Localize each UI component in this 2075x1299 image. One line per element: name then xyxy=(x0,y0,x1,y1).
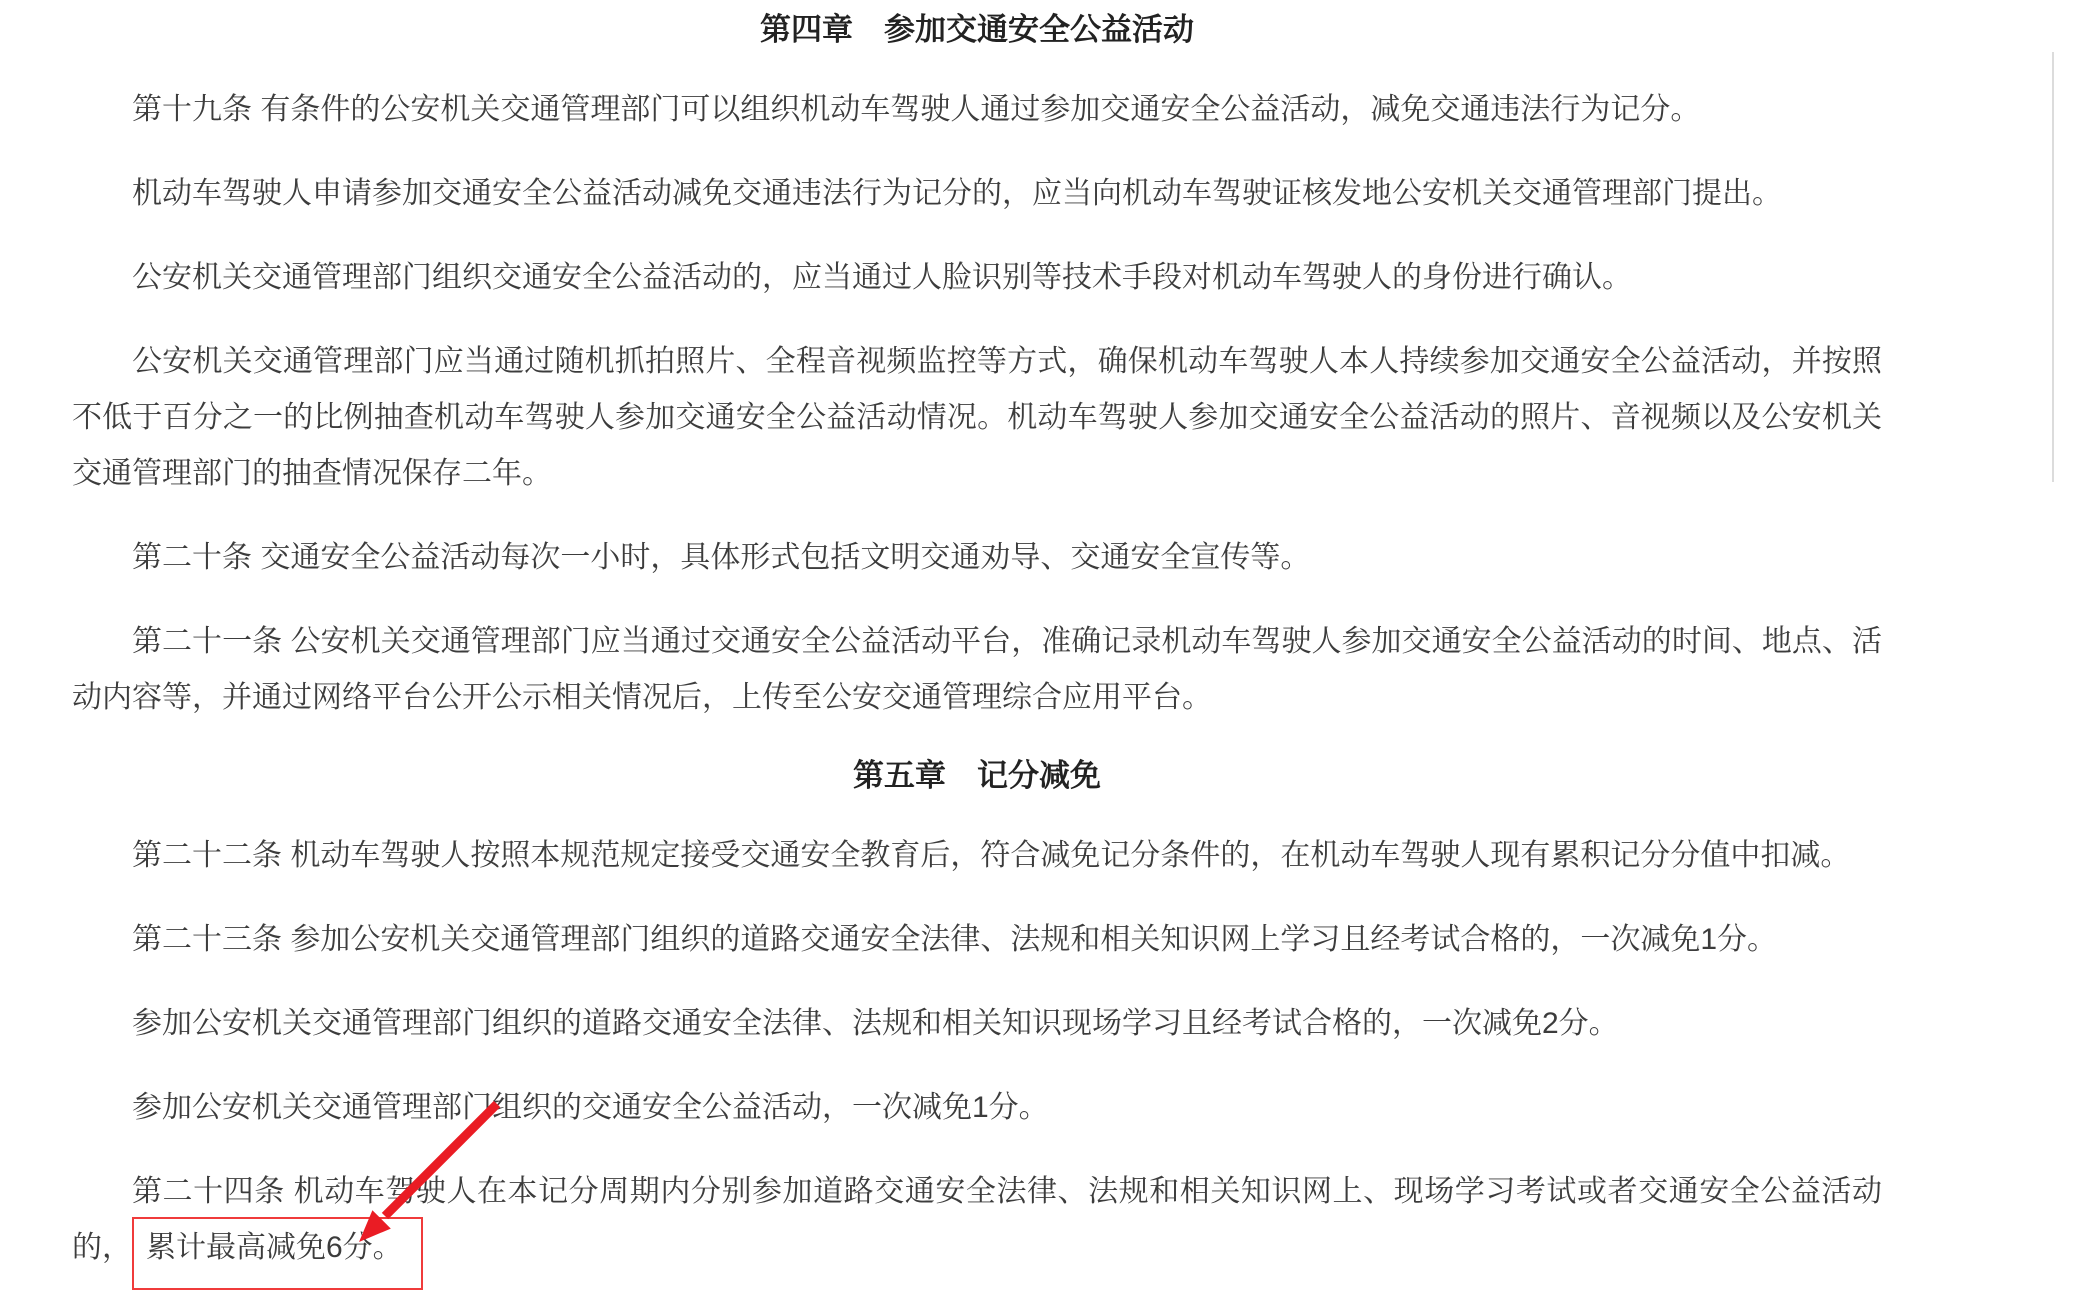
article-23-paragraph-2: 参加公安机关交通管理部门组织的道路交通安全法律、法规和相关知识现场学习且经考试合… xyxy=(72,996,1882,1052)
article-21-paragraph: 第二十一条 公安机关交通管理部门应当通过交通安全公益活动平台，准确记录机动车驾驶… xyxy=(72,614,1882,726)
article-23-paragraph-3: 参加公安机关交通管理部门组织的交通安全公益活动，一次减免1分。 xyxy=(72,1080,1882,1136)
article-19-paragraph-2: 机动车驾驶人申请参加交通安全公益活动减免交通违法行为记分的，应当向机动车驾驶证核… xyxy=(72,166,1882,222)
document-content: 第四章 参加交通安全公益活动 第十九条 有条件的公安机关交通管理部门可以组织机动… xyxy=(72,0,1882,1299)
chapter-5-title: 第五章 记分减免 xyxy=(72,754,1882,798)
article-19-paragraph-3: 公安机关交通管理部门组织交通安全公益活动的，应当通过人脸识别等技术手段对机动车驾… xyxy=(72,250,1882,306)
article-22-paragraph: 第二十二条 机动车驾驶人按照本规范规定接受交通安全教育后，符合减免记分条件的，在… xyxy=(72,828,1882,884)
page-edge-line xyxy=(2052,52,2054,482)
article-24-paragraph: 第二十四条 机动车驾驶人在本记分周期内分别参加道路交通安全法律、法规和相关知识网… xyxy=(72,1164,1882,1276)
article-20-paragraph: 第二十条 交通安全公益活动每次一小时，具体形式包括文明交通劝导、交通安全宣传等。 xyxy=(72,530,1882,586)
article-19-paragraph-4: 公安机关交通管理部门应当通过随机抓拍照片、全程音视频监控等方式，确保机动车驾驶人… xyxy=(72,334,1882,502)
article-19-paragraph: 第十九条 有条件的公安机关交通管理部门可以组织机动车驾驶人通过参加交通安全公益活… xyxy=(72,82,1882,138)
red-highlight-box: 累计最高减免6分。 xyxy=(132,1217,423,1290)
article-23-paragraph: 第二十三条 参加公安机关交通管理部门组织的道路交通安全法律、法规和相关知识网上学… xyxy=(72,912,1882,968)
document-page: 第四章 参加交通安全公益活动 第十九条 有条件的公安机关交通管理部门可以组织机动… xyxy=(0,0,2075,1299)
chapter-4-title: 第四章 参加交通安全公益活动 xyxy=(72,8,1882,52)
